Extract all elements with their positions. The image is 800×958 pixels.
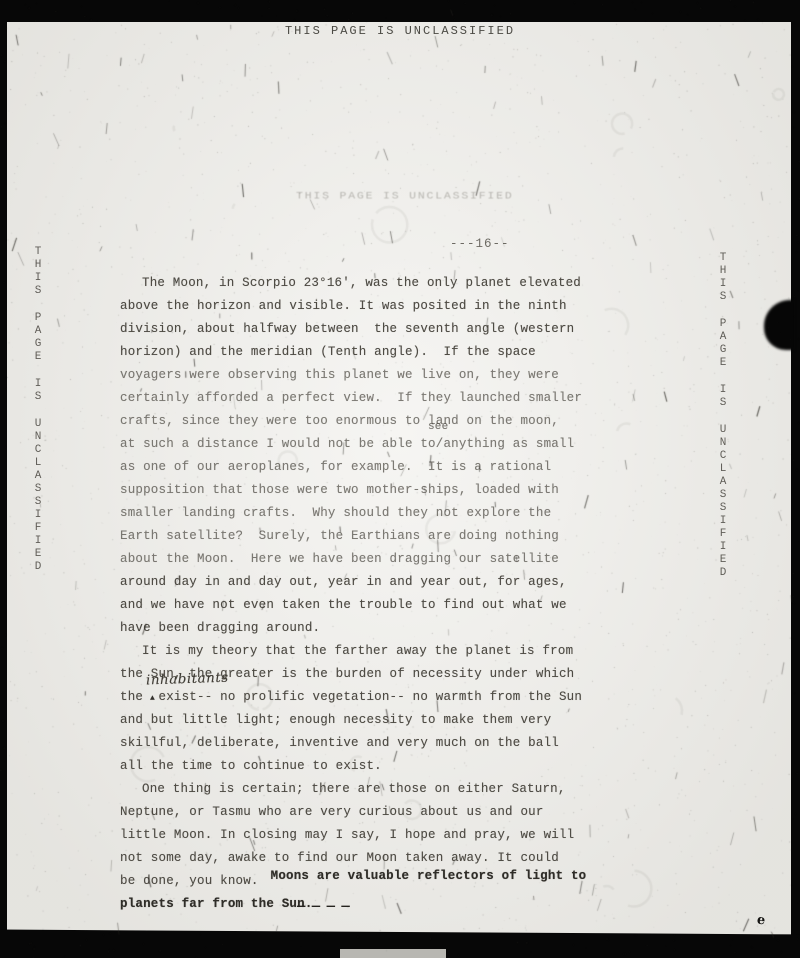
typed-line-text: about the Moon. Here we have been draggi… [120, 552, 559, 566]
side-letter: U [720, 424, 727, 437]
scan-border-right [791, 0, 800, 958]
side-letter: U [35, 418, 42, 431]
scan-border-top [0, 0, 800, 22]
side-letter: A [35, 325, 42, 338]
typed-line: planets far from the Sun. [120, 893, 620, 916]
typed-line: smaller landing crafts. Why should they … [120, 502, 620, 525]
typed-line-text: smaller landing crafts. Why should they … [120, 506, 551, 520]
typed-line: little Moon. In closing may I say, I hop… [120, 824, 620, 847]
side-letter: S [35, 496, 42, 509]
classification-stamp-right-vertical: THISPAGEISUNCLASSIFIED [715, 252, 731, 580]
scan-bottom-artifact [340, 949, 446, 958]
side-letter: H [720, 265, 727, 278]
typed-line-text: all the time to continue to exist. [120, 759, 382, 773]
typed-line: Earth satellite? Surely, the Earthians a… [120, 525, 620, 548]
classification-stamp-faded: THIS PAGE IS UNCLASSIFIED [296, 191, 514, 202]
typed-line-text: not some day, awake to find our Moon tak… [120, 851, 559, 865]
side-letter: S [35, 391, 42, 404]
typed-line: as one of our aeroplanes, for example. I… [120, 456, 620, 479]
typed-line-text: above the horizon and visible. It was po… [120, 299, 567, 313]
handwritten-insertion: inhabitants [146, 672, 229, 688]
typed-line: Neptune, or Tasmu who are very curious a… [120, 801, 620, 824]
typed-line: It is my theory that the farther away th… [120, 640, 620, 663]
bottom-right-mark: e [756, 912, 766, 928]
side-letter: T [720, 252, 727, 265]
typed-line: horizon) and the meridian (Tenth angle).… [120, 341, 620, 364]
typed-line-text: One thing is certain; there are those on… [142, 782, 566, 796]
caret-mark: ▲ [150, 695, 155, 703]
scan-border-left [0, 0, 7, 958]
side-letter: S [720, 291, 727, 304]
side-letter: S [720, 489, 727, 502]
side-letter: S [720, 502, 727, 515]
side-letter: H [35, 259, 42, 272]
side-letter: P [720, 318, 727, 331]
typed-line: seeat such a distance I would not be abl… [120, 433, 620, 456]
typed-line: and but little light; enough necessity t… [120, 709, 620, 732]
underline-dashes: — — — — [297, 899, 349, 915]
side-letter: G [720, 344, 727, 357]
typed-line: supposition that those were two mother-s… [120, 479, 620, 502]
side-letter: E [720, 357, 727, 370]
typed-line: be done, you know.Moons are valuable ref… [120, 870, 620, 893]
side-letter: A [35, 470, 42, 483]
side-letter: I [35, 509, 42, 522]
typed-line-text: voyagers were observing this planet we l… [120, 368, 559, 382]
side-letter: E [720, 554, 727, 567]
typed-line-text: be done, you know. [120, 874, 259, 888]
side-letter: T [35, 246, 42, 259]
typed-line-text: division, about halfway between the seve… [120, 322, 574, 336]
typed-line: not some day, awake to find our Moon tak… [120, 847, 620, 870]
typed-line: about the Moon. Here we have been draggi… [120, 548, 620, 571]
typed-line-text: at such a distance I would not be able t… [120, 437, 574, 451]
typed-line: The Moon, in Scorpio 23°16', was the onl… [120, 272, 620, 295]
side-letter: F [720, 528, 727, 541]
side-letter: D [35, 561, 42, 574]
typed-line-text: around day in and day out, year in and y… [120, 575, 567, 589]
typed-line-text: Neptune, or Tasmu who are very curious a… [120, 805, 544, 819]
side-letter: I [35, 378, 42, 391]
side-letter: A [720, 476, 727, 489]
side-letter: I [720, 384, 727, 397]
typed-line: around day in and day out, year in and y… [120, 571, 620, 594]
side-letter: I [720, 278, 727, 291]
side-letter: I [720, 515, 727, 528]
classification-stamp-left-vertical: THISPAGEISUNCLASSIFIED [30, 246, 46, 574]
typed-line: have been dragging around. [120, 617, 620, 640]
typed-lines: The Moon, in Scorpio 23°16', was the onl… [120, 272, 620, 916]
typed-bold-suffix: Moons are valuable reflectors of light t… [271, 869, 587, 883]
classification-stamp-top: THIS PAGE IS UNCLASSIFIED [0, 24, 800, 38]
side-letter: I [35, 535, 42, 548]
typed-line-text: as one of our aeroplanes, for example. I… [120, 460, 551, 474]
typed-line-text: horizon) and the meridian (Tenth angle).… [120, 345, 536, 359]
page-number: ---16-- [450, 237, 510, 251]
typed-line: One thing is certain; there are those on… [120, 778, 620, 801]
typed-line: skillful, deliberate, inventive and very… [120, 732, 620, 755]
side-letter: C [720, 450, 727, 463]
typed-line-text: skillful, deliberate, inventive and very… [120, 736, 559, 750]
typed-insertion: see [428, 422, 448, 433]
side-letter: L [720, 463, 727, 476]
typed-line: certainly afforded a perfect view. If th… [120, 387, 620, 410]
side-letter: I [35, 272, 42, 285]
typed-line-text: have been dragging around. [120, 621, 320, 635]
side-letter: N [720, 437, 727, 450]
typed-line-text: It is my theory that the farther away th… [142, 644, 573, 658]
side-letter: L [35, 457, 42, 470]
typed-line: above the horizon and visible. It was po… [120, 295, 620, 318]
side-letter: A [720, 331, 727, 344]
side-letter: N [35, 431, 42, 444]
side-letter: I [720, 541, 727, 554]
side-letter: C [35, 444, 42, 457]
side-letter: D [720, 567, 727, 580]
typed-line-text: certainly afforded a perfect view. If th… [120, 391, 582, 405]
typed-line: inhabitants▲the exist-- no prolific vege… [120, 686, 620, 709]
typed-line-text: and we have not even taken the trouble t… [120, 598, 567, 612]
side-letter: S [35, 483, 42, 496]
typed-line-text: little Moon. In closing may I say, I hop… [120, 828, 574, 842]
typed-line: voyagers were observing this planet we l… [120, 364, 620, 387]
typed-line-text: crafts, since they were too enormous to … [120, 414, 559, 428]
scan-edge-blob [764, 300, 794, 350]
typed-line-text: Earth satellite? Surely, the Earthians a… [120, 529, 559, 543]
side-letter: E [35, 548, 42, 561]
side-letter: F [35, 522, 42, 535]
side-letter: G [35, 338, 42, 351]
typed-line-text: planets far from the Sun. [120, 897, 313, 911]
side-letter: P [35, 312, 42, 325]
typed-line-text: The Moon, in Scorpio 23°16', was the onl… [142, 276, 581, 290]
scanned-document-page: e THIS PAGE IS UNCLASSIFIED THIS PAGE IS… [0, 0, 800, 958]
typed-line: division, about halfway between the seve… [120, 318, 620, 341]
side-letter: E [35, 351, 42, 364]
side-letter: S [720, 397, 727, 410]
side-letter: S [35, 285, 42, 298]
typed-line-text: the exist-- no prolific vegetation-- no … [120, 690, 582, 704]
typed-line: all the time to continue to exist. [120, 755, 620, 778]
typed-line: crafts, since they were too enormous to … [120, 410, 620, 433]
typed-line-text: and but little light; enough necessity t… [120, 713, 551, 727]
typed-line: and we have not even taken the trouble t… [120, 594, 620, 617]
typed-line-text: supposition that those were two mother-s… [120, 483, 559, 497]
